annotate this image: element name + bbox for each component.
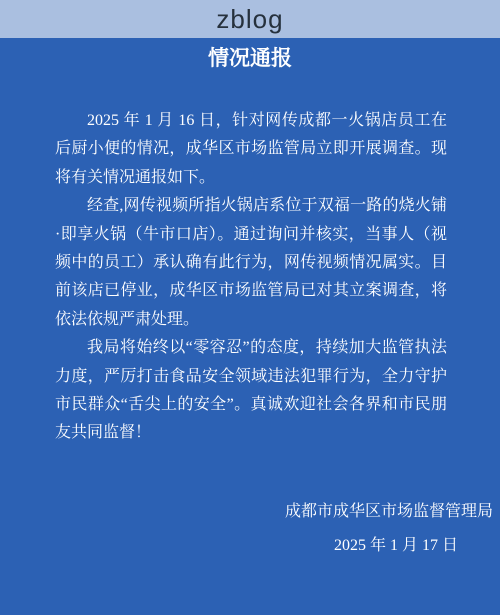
notice-paragraph: 经查,网传视频所指火锅店系位于双福一路的烧火铺·即享火锅（牛市口店）。通过询问并…: [55, 192, 447, 334]
notice-body: 2025 年 1 月 16 日，针对网传成都一火锅店员工在后厨小便的情况，成华区…: [0, 107, 500, 448]
site-logo-link[interactable]: zblog: [216, 6, 283, 32]
notice-title: 情况通报: [0, 38, 500, 72]
notice-signature: 成都市成华区市场监督管理局: [0, 498, 500, 526]
notice-date: 2025 年 1 月 17 日: [0, 532, 500, 560]
site-header: zblog: [0, 0, 500, 38]
notice-paragraph: 我局将始终以“零容忍”的态度，持续加大监管执法力度，严厉打击食品安全领域违法犯罪…: [55, 334, 447, 448]
notice-page: zblog 情况通报 2025 年 1 月 16 日，针对网传成都一火锅店员工在…: [0, 0, 500, 615]
notice-paragraph: 2025 年 1 月 16 日，针对网传成都一火锅店员工在后厨小便的情况，成华区…: [55, 107, 447, 192]
